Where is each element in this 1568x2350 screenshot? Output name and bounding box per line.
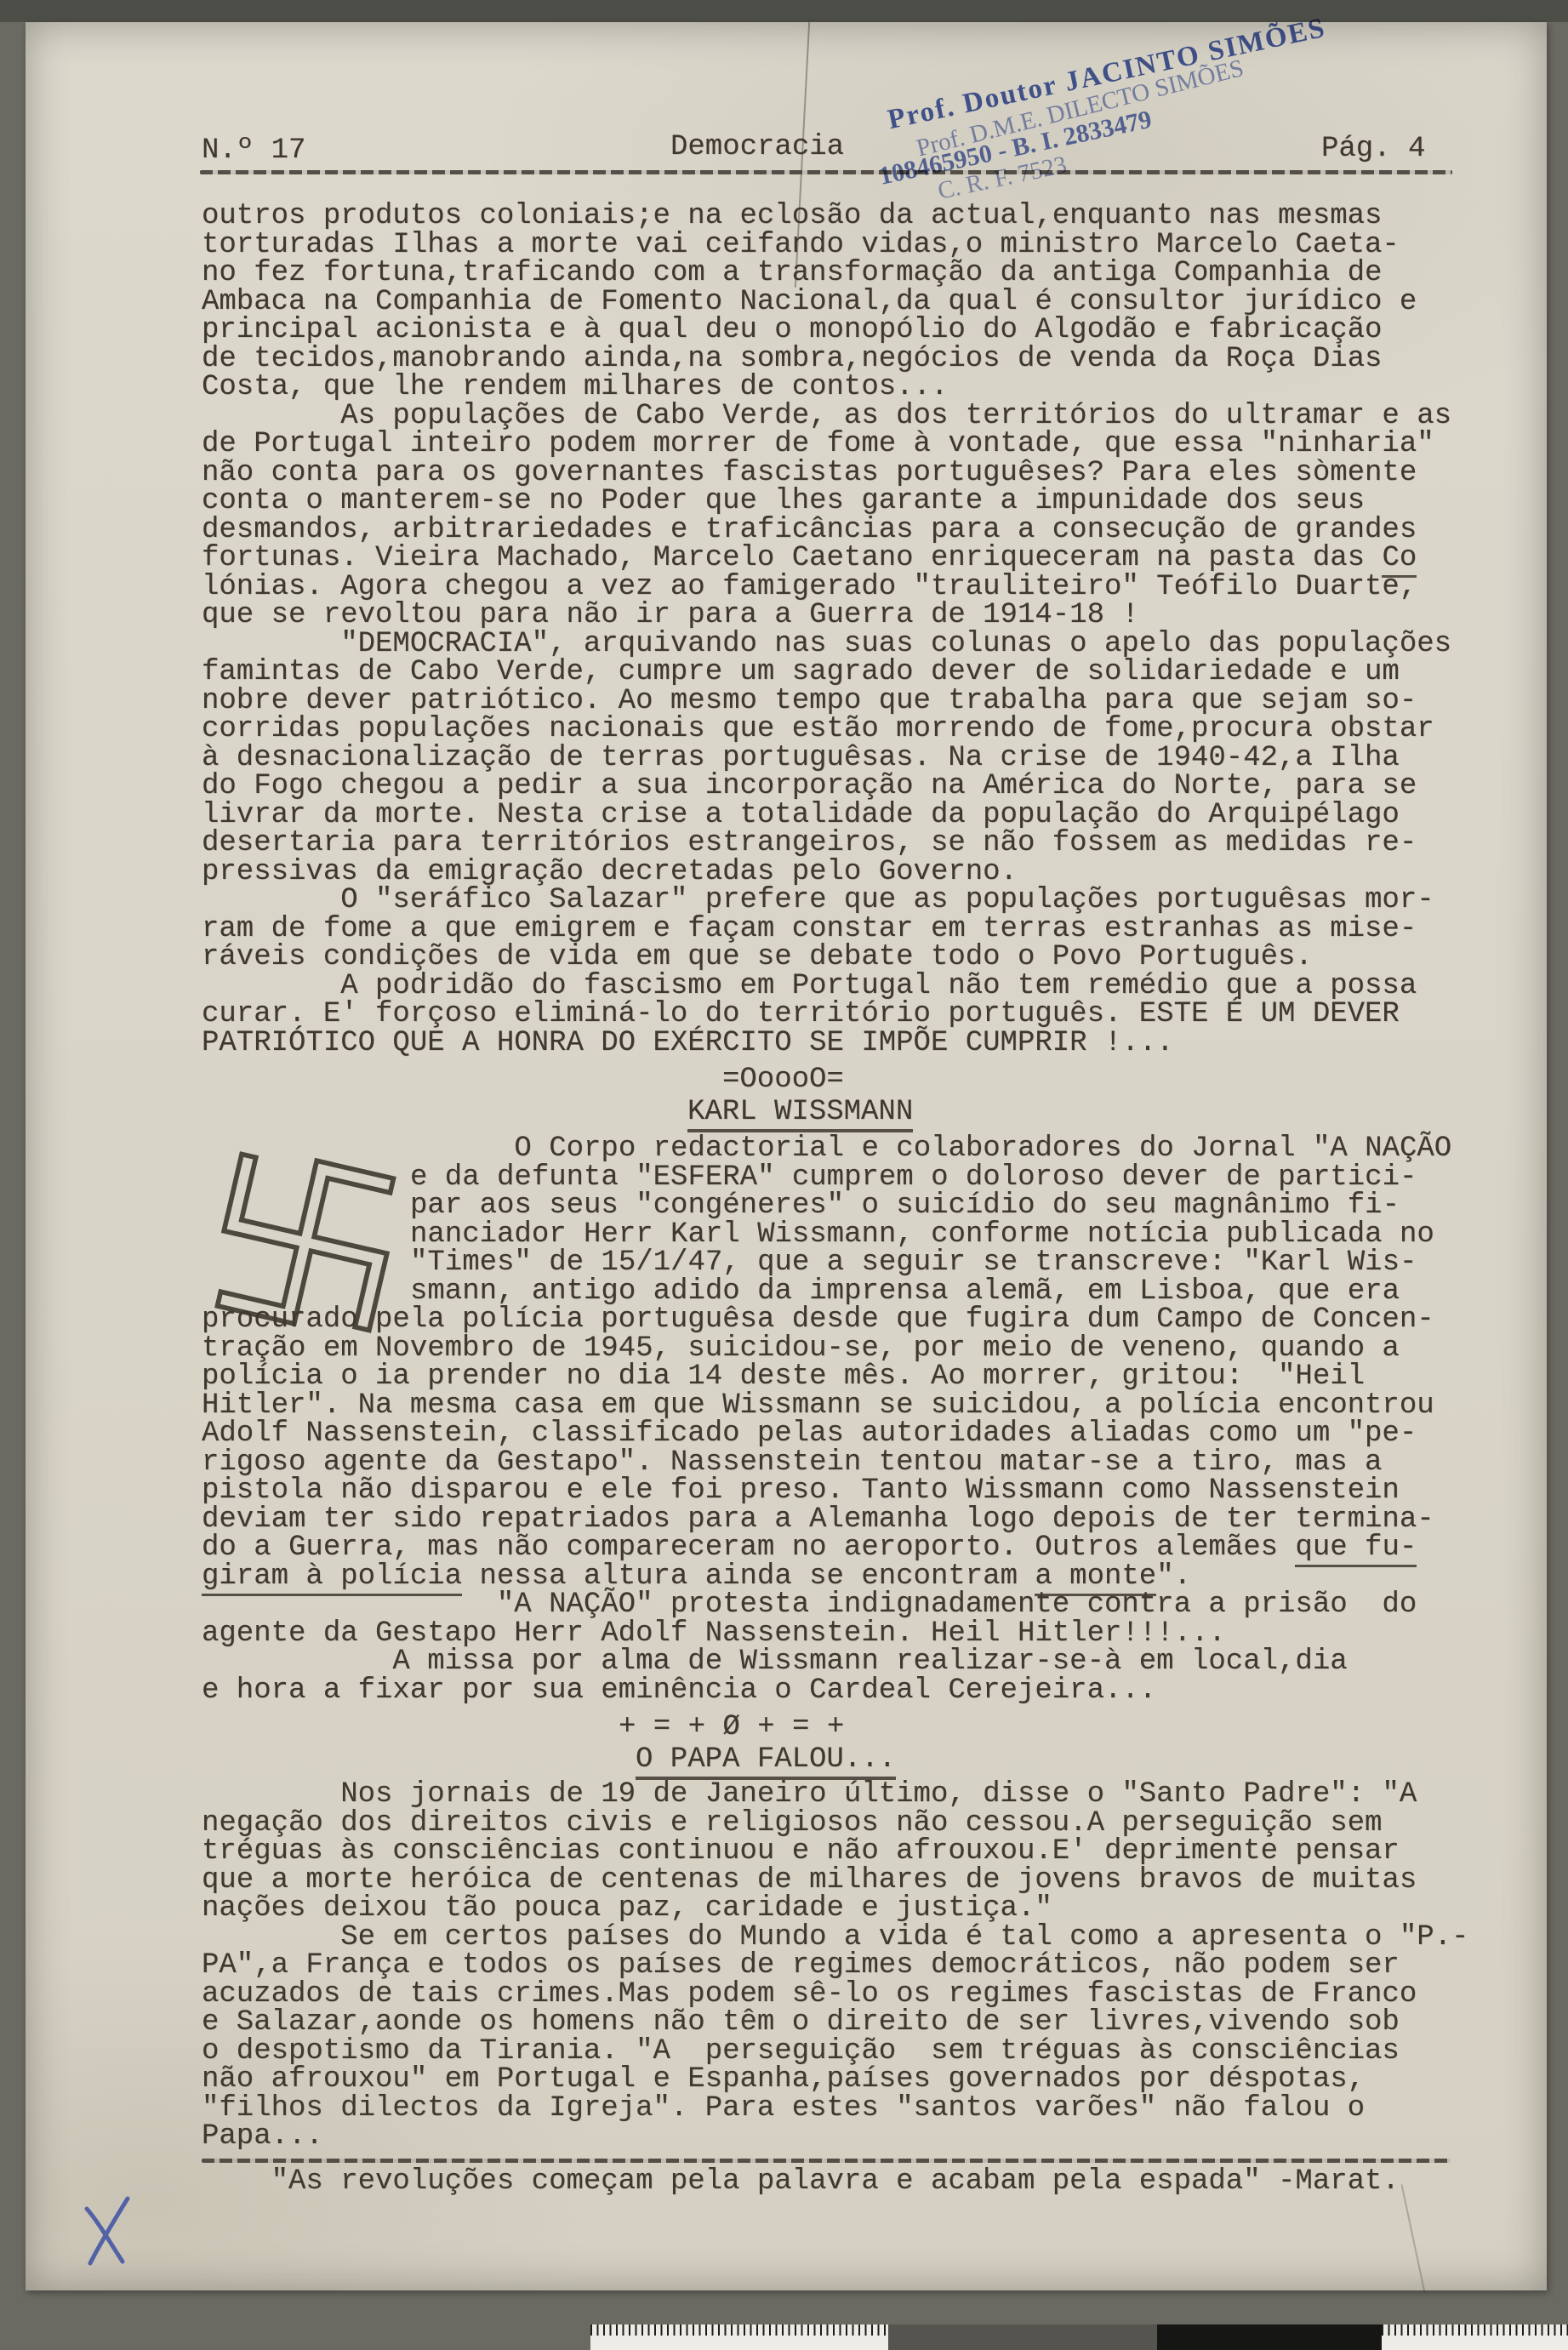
ownership-stamp: Prof. Doutor JACINTO SIMÕES Prof. D.M.E.… <box>885 13 1345 213</box>
page-title: Democracia <box>670 131 844 163</box>
paragraph-text: lónias. Agora chegou a vez ao famigerado… <box>202 571 1417 632</box>
scan-background-band <box>0 0 1568 22</box>
heading-text: KARL WISSMANN <box>687 1096 913 1132</box>
swastika-drawing <box>202 1135 410 1306</box>
section-separator: + = + Ø + = + <box>202 1714 1478 1743</box>
issue-number: N.º 17 <box>202 134 305 167</box>
paragraph-colonial-products: outros produtos coloniais;e na eclosão d… <box>202 202 1478 402</box>
ruler-segment-black <box>1157 2324 1382 2350</box>
ruler-segment-white <box>1382 2324 1568 2350</box>
underlined-phrase: que fu- <box>1295 1531 1417 1567</box>
ruler-segment-gray <box>888 2324 1157 2350</box>
header-rule <box>200 170 1452 174</box>
page-number: Pág. 4 <box>1321 133 1425 165</box>
paragraph-text: ". <box>1156 1560 1191 1593</box>
paragraph-karl-wissmann: O Corpo redactorial e colaboradores do J… <box>202 1135 1478 1591</box>
paragraph-missa: A missa por alma de Wissmann realizar-se… <box>202 1648 1478 1705</box>
x-mark-icon <box>78 2193 145 2274</box>
paragraph-papa-jornais: Nos jornais de 19 de Janeiro último, dis… <box>202 1781 1478 1924</box>
section-separator: =OoooO= <box>202 1066 1478 1095</box>
section-heading-papa-falou: O PAPA FALOU... <box>202 1746 1478 1775</box>
heading-text: O PAPA FALOU... <box>636 1743 896 1780</box>
paragraph-democracia: "DEMOCRACIA", arquivando nas suas coluna… <box>202 630 1478 887</box>
paragraph-text: nessa altura ainda se encontram <box>462 1560 1035 1593</box>
ruler-segment-white <box>590 2324 888 2350</box>
scanned-document-page: N.º 17 Democracia Pág. 4 Prof. Doutor JA… <box>0 0 1568 2350</box>
section-heading-karl-wissmann: KARL WISSMANN <box>202 1098 1478 1127</box>
paper-crease-bottom <box>1401 2184 1426 2293</box>
paper-sheet: N.º 17 Democracia Pág. 4 Prof. Doutor JA… <box>26 22 1547 2290</box>
paragraph-podridao: A podridão do fascismo em Portugal não t… <box>202 973 1478 1058</box>
paragraph-nacao-protesta: "A NAÇÃO" protesta indignadamente contra… <box>202 1591 1478 1648</box>
marat-quote: "As revoluções começam pela palavra e ac… <box>202 2168 1478 2197</box>
handwritten-x-mark <box>78 2193 145 2279</box>
paragraph-text: As populações de Cabo Verde, as dos terr… <box>202 400 1451 575</box>
paragraph-cabo-verde: As populações de Cabo Verde, as dos terr… <box>202 402 1478 630</box>
page-body: outros produtos coloniais;e na eclosão d… <box>202 202 1478 2196</box>
paragraph-salazar: O "seráfico Salazar" prefere que as popu… <box>202 887 1478 973</box>
paragraph-papa-paises: Se em certos países do Mundo a vida é ta… <box>202 1924 1478 2152</box>
footer-rule <box>202 2159 1451 2163</box>
photographic-scale-ruler <box>590 2324 1568 2350</box>
